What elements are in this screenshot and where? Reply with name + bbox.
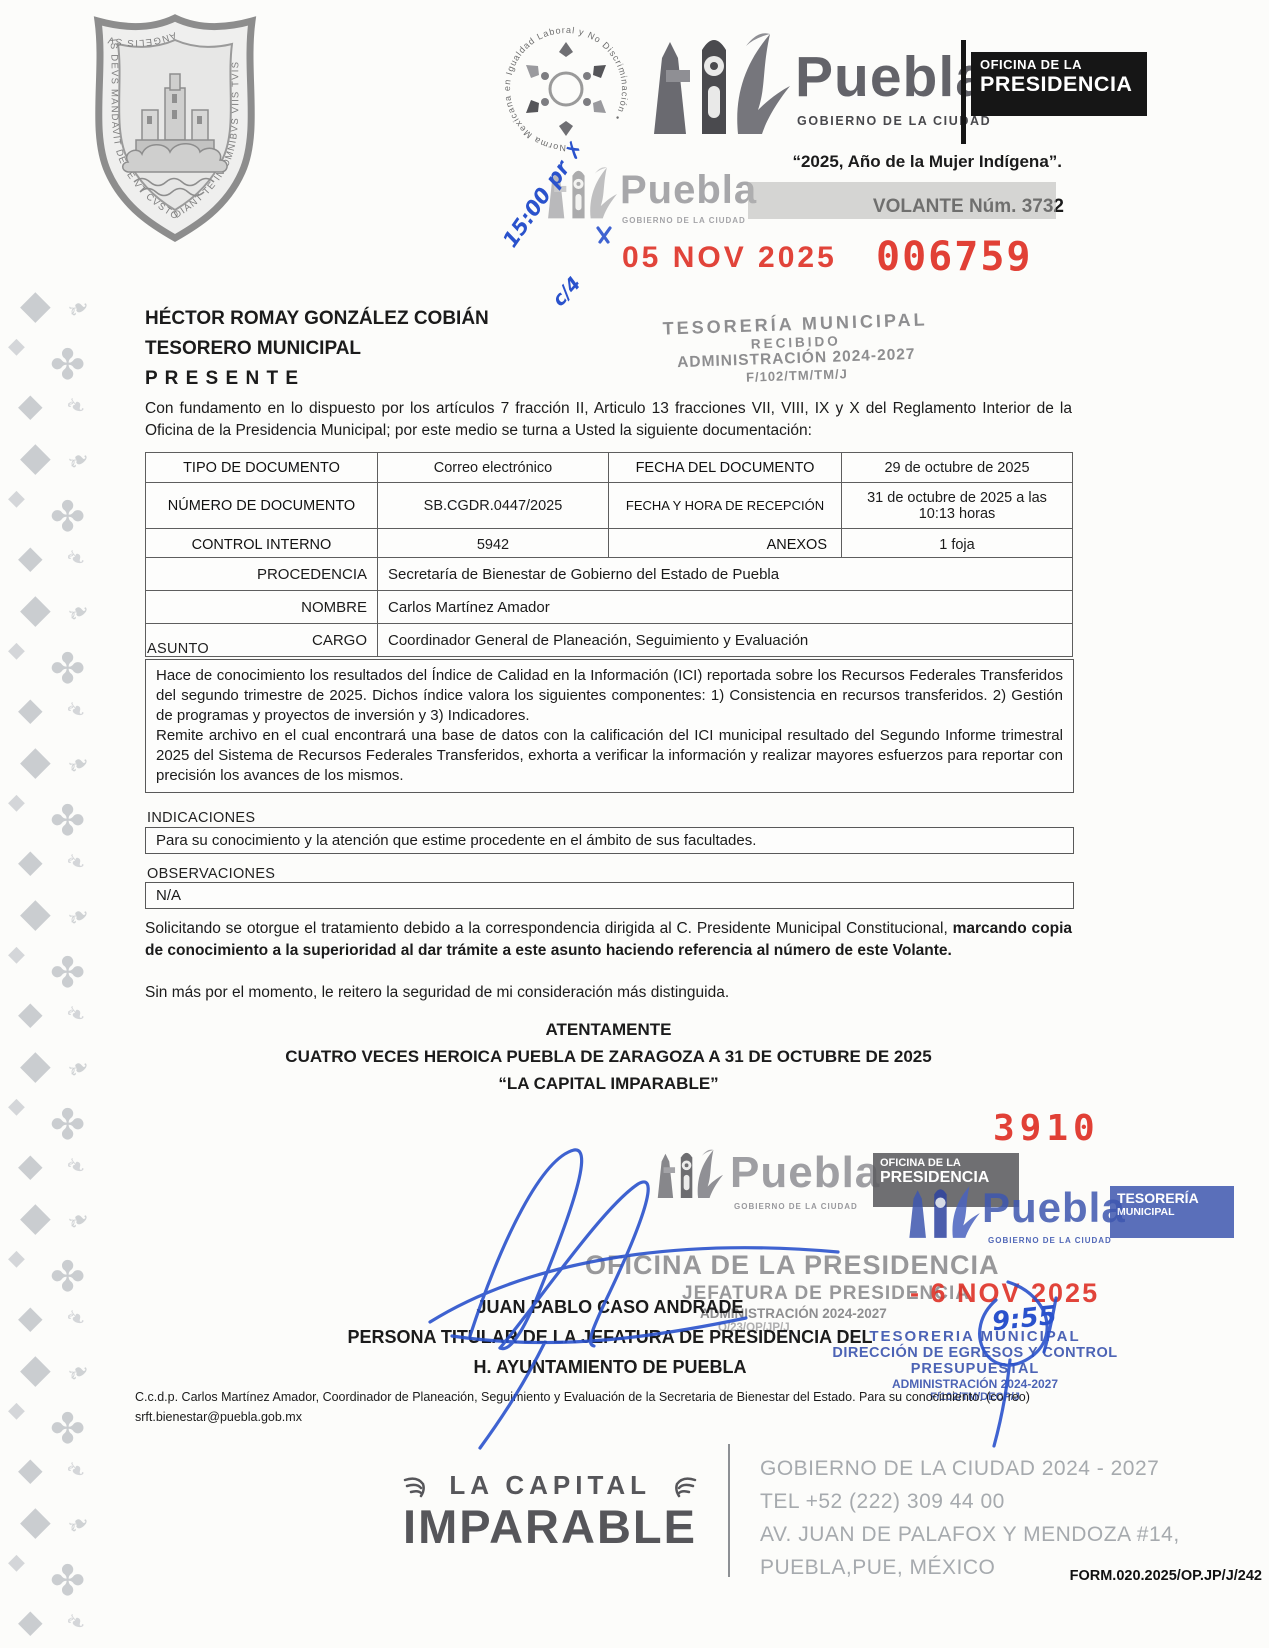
document-info-table: TIPO DE DOCUMENTO Correo electrónico FEC… (145, 452, 1073, 561)
talavera-motif-icon: ✤ (50, 492, 85, 541)
tesoreria-received-stamp: TESORERÍA MUNICIPAL RECIBIDO ADMINISTRAC… (565, 306, 1027, 391)
talavera-motif-icon: ❧ (62, 291, 96, 328)
cell-value: 1 foja (842, 529, 1073, 561)
talavera-motif-icon: ❧ (61, 1301, 91, 1335)
talavera-motif-icon: ❧ (61, 389, 91, 423)
tesoreria-stamp-badge: TESORERÍA MUNICIPAL (1110, 1186, 1234, 1238)
talavera-motif-icon: ◆ (8, 1550, 25, 1575)
capital-imparable-logo: LA CAPITAL IMPARABLE (390, 1470, 710, 1554)
puebla-logo-icons (642, 26, 792, 138)
talavera-motif-icon: ❧ (62, 595, 96, 632)
indicaciones-label: INDICACIONES (147, 810, 255, 826)
footer-contact-block: GOBIERNO DE LA CIUDAD 2024 - 2027 TEL +5… (760, 1452, 1240, 1584)
office-badge-line2: PRESIDENCIA (980, 72, 1138, 97)
talavera-motif-icon: ◆ (20, 1346, 51, 1392)
cell-label: CONTROL INTERNO (146, 529, 378, 561)
contact-line: TEL +52 (222) 309 44 00 (760, 1485, 1240, 1518)
asunto-label: ASUNTO (147, 641, 209, 657)
talavera-motif-icon: ❧ (61, 1605, 91, 1639)
talavera-motif-icon: ◆ (20, 434, 51, 480)
talavera-motif-icon: ◆ (18, 842, 43, 880)
talavera-motif-icon: ❧ (61, 997, 91, 1031)
talavera-motif-icon: ❧ (62, 1507, 96, 1544)
talavera-motif-icon: ◆ (8, 1398, 25, 1423)
tesoreria-badge-line1: TESORERÍA (1117, 1190, 1227, 1206)
table-row: NÚMERO DE DOCUMENTO SB.CGDR.0447/2025 FE… (146, 483, 1073, 529)
ccdp-line: C.c.d.p. Carlos Martínez Amador, Coordin… (135, 1390, 1145, 1404)
talavera-motif-icon: ✤ (50, 1252, 85, 1301)
observaciones-box: N/A (145, 882, 1074, 909)
talavera-motif-icon: ❧ (62, 1051, 96, 1088)
office-of-presidency-badge: OFICINA DE LA PRESIDENCIA (971, 52, 1147, 116)
tesoreria-stamp-icons (903, 1182, 981, 1240)
table-row: CONTROL INTERNO 5942 ANEXOS 1 foja (146, 529, 1073, 561)
farewell-paragraph: Sin más por el momento, le reitero la se… (145, 982, 1072, 1004)
jefatura-folio-stamp: 3910 (993, 1108, 1100, 1149)
talavera-motif-icon: ◆ (18, 1450, 43, 1488)
wing-right-icon (663, 1476, 697, 1498)
atentamente-block: ATENTAMENTE CUATRO VECES HEROICA PUEBLA … (145, 1016, 1072, 1097)
talavera-motif-icon: ◆ (18, 1146, 43, 1184)
intro-paragraph: Con fundamento en lo dispuesto por los a… (145, 398, 1072, 442)
brand-top-text: LA CAPITAL (449, 1470, 650, 1500)
talavera-motif-icon: ◆ (20, 890, 51, 936)
talavera-motif-icon: ◆ (18, 1602, 43, 1640)
jefatura-stamp-subtitle: GOBIERNO DE LA CIUDAD (734, 1202, 858, 1211)
tesoreria-stamp-wordmark: Puebla (982, 1184, 1126, 1232)
talavera-motif-icon: ✤ (50, 1100, 85, 1149)
talavera-motif-icon: ❧ (62, 899, 96, 936)
talavera-motif-icon: ◆ (8, 1246, 25, 1271)
cell-label: NOMBRE (146, 591, 378, 624)
ccdp-email: srft.bienestar@puebla.gob.mx (135, 1410, 302, 1424)
form-code: FORM.020.2025/OP.JP/J/242 (760, 1568, 1262, 1584)
observaciones-label: OBSERVACIONES (147, 866, 275, 882)
talavera-motif-icon: ✤ (50, 948, 85, 997)
cell-label: FECHA DEL DOCUMENTO (609, 453, 842, 483)
cell-value: Secretaría de Bienestar de Gobierno del … (378, 558, 1073, 591)
talavera-motif-icon: ◆ (8, 486, 25, 511)
stamp-line: DIRECCIÓN DE EGRESOS Y CONTROL (810, 1345, 1140, 1361)
contact-line: AV. JUAN DE PALAFOX Y MENDOZA #14, (760, 1518, 1240, 1551)
talavera-motif-icon: ◆ (8, 942, 25, 967)
indicaciones-box: Para su conocimiento y la atención que e… (145, 827, 1074, 854)
office-badge-line1: OFICINA DE LA (980, 57, 1138, 72)
talavera-motif-icon: ✤ (50, 1556, 85, 1605)
asunto-box: Hace de conocimiento los resultados del … (145, 659, 1074, 793)
cell-value: 5942 (378, 529, 609, 561)
tesoreria-badge-line2: MUNICIPAL (1117, 1206, 1227, 1218)
talavera-motif-icon: ◆ (18, 1298, 43, 1336)
wing-left-icon (403, 1476, 437, 1498)
talavera-motif-icon: ✤ (50, 1404, 85, 1453)
ghost-stamp-wordmark: Puebla (620, 168, 757, 213)
talavera-motif-icon: ✤ (50, 644, 85, 693)
talavera-border: ◆❧◆✤◆❧◆❧◆✤◆❧◆❧◆✤◆❧◆❧◆✤◆❧◆❧◆✤◆❧◆❧◆✤◆❧◆❧◆✤… (6, 278, 124, 1648)
document-page: ◆❧◆✤◆❧◆❧◆✤◆❧◆❧◆✤◆❧◆❧◆✤◆❧◆❧◆✤◆❧◆❧◆✤◆❧◆❧◆✤… (0, 0, 1269, 1648)
header-divider-bar (961, 40, 966, 144)
talavera-motif-icon: ❧ (62, 1203, 96, 1240)
addressee-title: TESORERO MUNICIPAL (145, 334, 489, 364)
received-folio-stamp: 006759 (876, 234, 1033, 280)
jefatura-stamp-wordmark: Puebla (730, 1148, 880, 1198)
talavera-motif-icon: ✤ (50, 340, 85, 389)
received-date-stamp: 05 NOV 2025 (622, 241, 837, 275)
cell-label: ANEXOS (609, 529, 842, 561)
talavera-motif-icon: ❧ (62, 747, 96, 784)
talavera-motif-icon: ✤ (50, 796, 85, 845)
egresos-date-stamp: - 6 NOV 2025 (910, 1278, 1099, 1309)
stamp-line: ADMINISTRACIÓN 2024-2027 (810, 1377, 1140, 1391)
talavera-motif-icon: ◆ (8, 1094, 25, 1119)
talavera-motif-icon: ❧ (61, 693, 91, 727)
jefatura-stamp-line1: OFICINA DE LA PRESIDENCIA (585, 1250, 1000, 1281)
talavera-motif-icon: ◆ (20, 1042, 51, 1088)
talavera-motif-icon: ◆ (8, 790, 25, 815)
cell-value: SB.CGDR.0447/2025 (378, 483, 609, 529)
origin-table: PROCEDENCIA Secretaría de Bienestar de G… (145, 557, 1073, 657)
talavera-motif-icon: ◆ (20, 1498, 51, 1544)
stamp-line: PRESUPUESTAL (810, 1361, 1140, 1377)
talavera-motif-icon: ❧ (61, 845, 91, 879)
table-row: TIPO DE DOCUMENTO Correo electrónico FEC… (146, 453, 1073, 483)
jefatura-badge-line1: OFICINA DE LA (880, 1157, 1012, 1169)
asunto-paragraph-2: Remite archivo en el cual encontrará una… (156, 726, 1063, 786)
addressee-name: HÉCTOR ROMAY GONZÁLEZ COBIÁN (145, 304, 489, 334)
puebla-brand-wordmark: Puebla (795, 44, 988, 110)
talavera-motif-icon: ❧ (61, 1453, 91, 1487)
brand-bottom-text: IMPARABLE (390, 1499, 710, 1554)
puebla-coat-of-arms: ANGELIS SVIS DEVS MANDAVIT DE TE VT CVST… (82, 10, 268, 246)
cell-value: Coordinador General de Planeación, Segui… (378, 624, 1073, 657)
cell-value: Carlos Martínez Amador (378, 591, 1073, 624)
cell-value: 29 de octubre de 2025 (842, 453, 1073, 483)
talavera-motif-icon: ◆ (20, 586, 51, 632)
atentamente-line: ATENTAMENTE (145, 1016, 1072, 1043)
table-row: NOMBRE Carlos Martínez Amador (146, 591, 1073, 624)
talavera-motif-icon: ❧ (62, 443, 96, 480)
ghost-stamp-subtitle: GOBIERNO DE LA CIUDAD (622, 216, 746, 225)
cell-label: NÚMERO DE DOCUMENTO (146, 483, 378, 529)
talavera-motif-icon: ◆ (20, 738, 51, 784)
cell-value: Correo electrónico (378, 453, 609, 483)
talavera-motif-icon: ❧ (61, 1149, 91, 1183)
handwritten-initials: c/4 (548, 273, 585, 311)
talavera-motif-icon: ◆ (18, 994, 43, 1032)
stamp-line: TESORERIA MUNICIPAL (810, 1328, 1140, 1345)
cell-label: TIPO DE DOCUMENTO (146, 453, 378, 483)
cell-value: 31 de octubre de 2025 a las 10:13 horas (842, 483, 1073, 529)
closing-paragraph: Solicitando se otorgue el tratamiento de… (145, 918, 1072, 962)
cell-label: PROCEDENCIA (146, 558, 378, 591)
addressee-present: P R E S E N T E (145, 364, 489, 394)
talavera-motif-icon: ◆ (8, 638, 25, 663)
signer-name: JUAN PABLO CASO ANDRADE (280, 1292, 940, 1322)
talavera-motif-icon: ◆ (18, 538, 43, 576)
table-row: CARGO Coordinador General de Planeación,… (146, 624, 1073, 657)
asunto-paragraph-1: Hace de conocimiento los resultados del … (156, 666, 1063, 726)
closing-regular-text: Solicitando se otorgue el tratamiento de… (145, 920, 953, 937)
talavera-motif-icon: ◆ (20, 1194, 51, 1240)
slogan-line: “LA CAPITAL IMPARABLE” (145, 1070, 1072, 1097)
talavera-motif-icon: ◆ (18, 690, 43, 728)
talavera-motif-icon: ◆ (20, 282, 51, 328)
table-row: PROCEDENCIA Secretaría de Bienestar de G… (146, 558, 1073, 591)
footer-divider (728, 1444, 730, 1577)
jefatura-stamp-icons (652, 1146, 724, 1200)
ghost-stamp-smudge (748, 182, 1056, 219)
talavera-motif-icon: ❧ (62, 1355, 96, 1392)
norma-seal-arms (526, 42, 606, 136)
talavera-motif-icon: ◆ (8, 334, 25, 359)
contact-line: GOBIERNO DE LA CIUDAD 2024 - 2027 (760, 1452, 1240, 1485)
tesoreria-stamp-subtitle: GOBIERNO DE LA CIUDAD (988, 1236, 1112, 1245)
talavera-motif-icon: ◆ (18, 386, 43, 424)
city-date-line: CUATRO VECES HEROICA PUEBLA DE ZARAGOZA … (145, 1043, 1072, 1070)
cell-label: FECHA Y HORA DE RECEPCIÓN (609, 483, 842, 529)
talavera-motif-icon: ❧ (61, 541, 91, 575)
addressee-block: HÉCTOR ROMAY GONZÁLEZ COBIÁN TESORERO MU… (145, 304, 489, 394)
